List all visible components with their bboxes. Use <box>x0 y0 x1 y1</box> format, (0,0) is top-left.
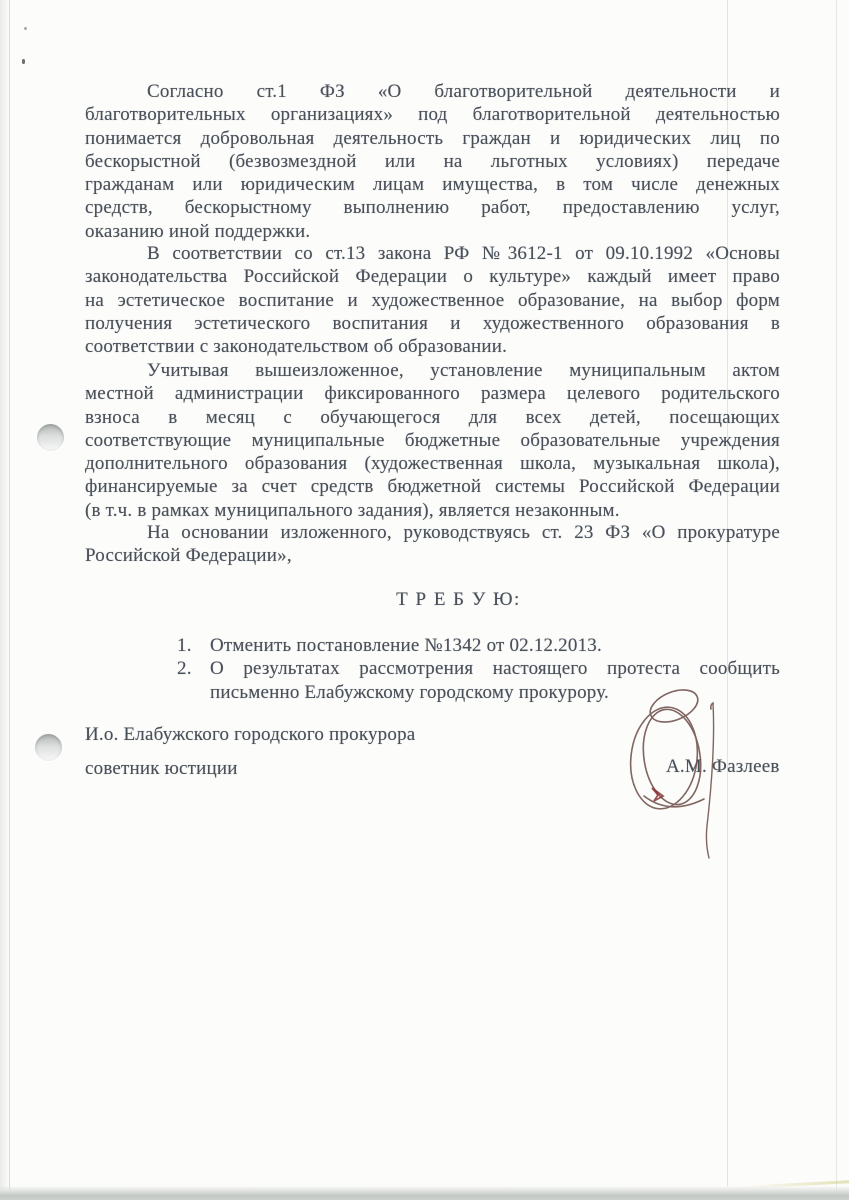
text-line: соответствии с законодательством об обра… <box>85 335 780 358</box>
text-line: местной администрации фиксированного раз… <box>85 382 780 405</box>
list-item-number: 2. <box>177 657 210 704</box>
text-line: соответствующие муниципальные бюджетные … <box>85 429 780 452</box>
text-line: бескорыстной (безвозмездной или на льгот… <box>85 150 780 173</box>
hole-punch-bottom <box>35 734 62 761</box>
text-line: законодательства Российской Федерации о … <box>85 265 780 288</box>
text-line: получения эстетического воспитания и худ… <box>85 312 780 335</box>
handwritten-signature <box>598 676 762 876</box>
text-line: Российской Федерации», <box>85 544 780 567</box>
text-line: оказанию иной поддержки. <box>85 220 780 243</box>
paragraph-2: В соответствии со ст.13 закона РФ №3612-… <box>85 242 780 358</box>
text-line: (в т.ч. в рамках муниципального задания)… <box>85 499 780 522</box>
page-left-edge <box>0 0 10 1200</box>
text-line: На основании изложенного, руководствуясь… <box>85 521 780 544</box>
scanned-page: Согласно ст.1 ФЗ «О благотворительной де… <box>0 0 849 1200</box>
hole-punch-top <box>37 424 64 451</box>
paragraph-1: Согласно ст.1 ФЗ «О благотворительной де… <box>85 80 780 243</box>
text-line: средств, бескорыстному выполнению работ,… <box>85 196 780 219</box>
page-right-edge-line <box>836 0 837 1190</box>
scan-speck <box>24 27 27 30</box>
text-line: понимается добровольная деятельность гра… <box>85 127 780 150</box>
text-line: финансируемые за счет средств бюджетной … <box>85 475 780 498</box>
signature-stroke <box>706 703 713 858</box>
paragraph-3: Учитывая вышеизложенное, установление му… <box>85 359 780 522</box>
text-line: на эстетическое воспитание и художествен… <box>85 289 780 312</box>
list-item-number: 1. <box>177 634 210 657</box>
text-line: Учитывая вышеизложенное, установление му… <box>85 359 780 382</box>
text-line: Согласно ст.1 ФЗ «О благотворительной де… <box>85 80 780 103</box>
page-bottom-edge <box>0 1186 849 1200</box>
signature-knot <box>652 788 663 801</box>
text-line: благотворительных организациях» под благ… <box>85 103 780 126</box>
text-line: Отменить постановление №1342 от 02.12.20… <box>210 634 780 657</box>
signature-loop <box>646 684 703 729</box>
text-line: дополнительного образования (художествен… <box>85 452 780 475</box>
text-line: взноса в месяц с обучающегося для всех д… <box>85 406 780 429</box>
paragraph-4: На основании изложенного, руководствуясь… <box>85 521 780 568</box>
text-line: гражданам или юридическим лицам имуществ… <box>85 173 780 196</box>
demand-heading: Т Р Е Б У Ю: <box>111 588 806 611</box>
text-line: В соответствии со ст.13 закона РФ №3612-… <box>85 242 780 265</box>
scan-speck <box>22 59 25 64</box>
list-item: 1. Отменить постановление №1342 от 02.12… <box>85 634 780 657</box>
